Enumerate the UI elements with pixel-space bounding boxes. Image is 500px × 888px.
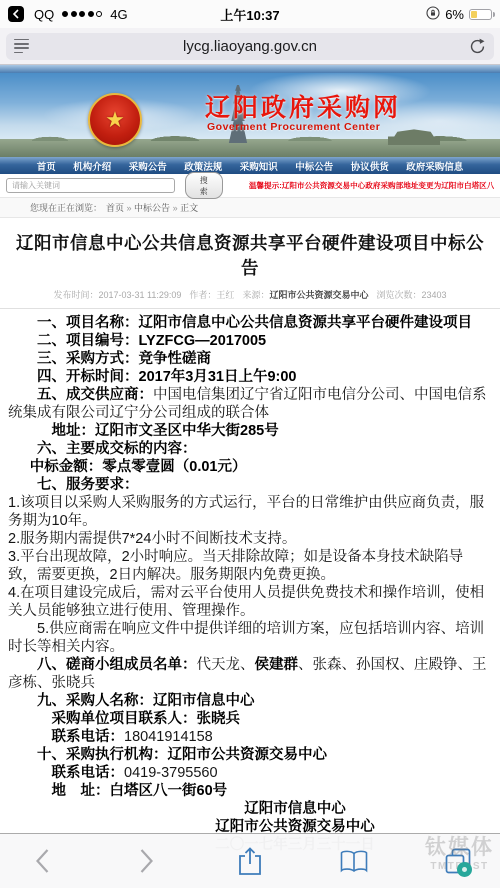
meta-item: 浏览次数：23403 — [376, 290, 446, 300]
breadcrumb-link[interactable]: 正文 — [180, 203, 198, 213]
meta-label: 浏览次数： — [376, 290, 421, 300]
meta-value: 王红 — [216, 290, 234, 300]
breadcrumb-separator: » — [170, 203, 180, 213]
meta-value: 23403 — [421, 290, 446, 300]
text-segment: 九、采购人名称：辽阳市信息中心 — [37, 693, 255, 709]
site-banner: ★ 辽阳政府采购网 Goverment Procurement Center — [0, 65, 500, 157]
meta-label: 作者： — [189, 290, 216, 300]
search-button[interactable]: 搜索 — [185, 172, 223, 199]
article-paragraph: 四、开标时间：2017年3月31日上午9:00 — [8, 368, 492, 386]
article-paragraph: 一、项目名称：辽阳市信息中心公共信息资源共享平台硬件建设项目 — [8, 314, 492, 332]
article-paragraph: 三、采购方式：竞争性磋商 — [8, 350, 492, 368]
tabs-icon[interactable] — [436, 839, 480, 883]
refresh-icon[interactable] — [469, 38, 486, 55]
status-right: 6% — [426, 6, 492, 23]
article-paragraph: 十、采购执行机构：辽阳市公共资源交易中心 — [8, 746, 492, 764]
back-button[interactable] — [20, 839, 64, 883]
article-paragraph: 辽阳市信息中心 — [8, 800, 492, 818]
meta-item: 来源：辽阳市公共资源交易中心 — [242, 290, 368, 300]
battery-icon — [469, 9, 492, 20]
meta-item: 作者：王红 — [189, 290, 234, 300]
breadcrumb-prefix: 您现在正在浏览： — [30, 201, 102, 214]
nav-item[interactable]: 政府采购信息 — [406, 159, 463, 173]
nav-item[interactable]: 政策法规 — [184, 159, 222, 173]
forward-button[interactable] — [124, 839, 168, 883]
text-segment: 五、成交供应商： — [37, 387, 153, 403]
main-nav: 首页机构介绍采购公告政策法规采购知识中标公告协议供货政府采购信息 — [0, 157, 500, 174]
clock: 上午10:37 — [0, 5, 500, 24]
text-segment: 18041914158 — [124, 729, 213, 745]
article-paragraph: 1.该项目以采购人采购服务的方式运行，平台的日常维护由供应商负责，服务期为10年… — [8, 494, 492, 530]
breadcrumb-link[interactable]: 首页 — [106, 203, 124, 213]
gate-silhouette — [388, 128, 440, 145]
meta-item: 发布时间：2017-03-31 11:29:09 — [53, 290, 181, 300]
divider — [0, 308, 500, 309]
banner-top-strip — [0, 65, 500, 73]
nav-item[interactable]: 采购公告 — [129, 159, 167, 173]
text-segment: 联系电话： — [52, 729, 125, 745]
article-paragraph: 联系电话：0419-3795560 — [8, 764, 492, 782]
text-segment: 六、主要成交标的内容： — [37, 441, 197, 457]
text-segment: 中标金额：零点零壹圆（0.01元） — [30, 459, 247, 475]
nav-item[interactable]: 采购知识 — [240, 159, 278, 173]
text-segment: 七、服务要求： — [37, 477, 139, 493]
article: 辽阳市信息中心公共信息资源共享平台硬件建设项目中标公告 发布时间：2017-03… — [0, 230, 500, 854]
browser-screen: QQ 4G 上午10:37 6% lycg.liaoyang.gov.cn — [0, 0, 500, 888]
text-segment: 三、采购方式：竞争性磋商 — [37, 351, 211, 367]
site-title: 辽阳政府采购网 — [205, 88, 401, 124]
meta-label: 发布时间： — [53, 290, 98, 300]
notice-text: 温馨提示:辽阳市公共资源交易中心政府采购部地址变更为辽阳市白塔区八一街60号，特… — [249, 180, 494, 191]
article-paragraph: 中标金额：零点零壹圆（0.01元） — [8, 458, 492, 476]
meta-label: 来源： — [242, 290, 269, 300]
article-paragraph: 2.服务期内需提供7*24小时不间断技术支持。 — [8, 530, 492, 548]
text-segment: 辽阳市信息中心 — [244, 801, 346, 817]
text-segment: 联系电话： — [52, 765, 125, 781]
article-paragraph: 地址：辽阳市文圣区中华大街285号 — [8, 422, 492, 440]
text-segment: 二、项目编号：LYZFCG—2017005 — [37, 333, 266, 349]
text-segment: 侯建群 — [255, 657, 299, 673]
national-emblem-logo: ★ — [88, 93, 142, 147]
browser-toolbar — [0, 833, 500, 888]
meta-value: 辽阳市公共资源交易中心 — [269, 290, 368, 300]
article-paragraph: 五、成交供应商：中国电信集团辽宁省辽阳市电信分公司、中国电信系统集成有限公司辽宁… — [8, 386, 492, 422]
text-segment: 地址：辽阳市文圣区中华大街285号 — [52, 423, 279, 439]
article-paragraph: 采购单位项目联系人：张晓兵 — [8, 710, 492, 728]
breadcrumb: 您现在正在浏览： 首页 » 中标公告 » 正文 — [0, 197, 500, 218]
article-paragraph: 二、项目编号：LYZFCG—2017005 — [8, 332, 492, 350]
reader-view-icon[interactable] — [14, 39, 29, 54]
nav-item[interactable]: 机构介绍 — [73, 159, 111, 173]
share-icon[interactable] — [228, 839, 272, 883]
banner-image: ★ 辽阳政府采购网 Goverment Procurement Center — [0, 73, 500, 157]
site-subtitle: Goverment Procurement Center — [207, 121, 380, 133]
nav-item[interactable]: 中标公告 — [295, 159, 333, 173]
text-segment: 十、采购执行机构：辽阳市公共资源交易中心 — [37, 747, 327, 763]
article-paragraph: 5.供应商需在响应文件中提供详细的培训方案，应包括培训内容、培训时长等相关内容。 — [8, 620, 492, 656]
search-input[interactable] — [6, 178, 175, 193]
article-meta: 发布时间：2017-03-31 11:29:09作者：王红来源：辽阳市公共资源交… — [8, 288, 492, 301]
text-segment: 1.该项目以采购人采购服务的方式运行，平台的日常维护由供应商负责，服务期为10年… — [8, 495, 484, 529]
text-segment: 代天龙、 — [197, 657, 255, 673]
battery-percent: 6% — [445, 7, 464, 22]
meta-value: 2017-03-31 11:29:09 — [99, 290, 182, 300]
article-paragraph: 联系电话：18041914158 — [8, 728, 492, 746]
text-segment: 八、磋商小组成员名单： — [37, 657, 197, 673]
article-body: 一、项目名称：辽阳市信息中心公共信息资源共享平台硬件建设项目二、项目编号：LYZ… — [8, 314, 492, 854]
emblem-star-icon: ★ — [105, 109, 125, 131]
address-field[interactable]: lycg.liaoyang.gov.cn — [6, 33, 494, 60]
nav-item[interactable]: 协议供货 — [351, 159, 389, 173]
article-paragraph: 七、服务要求： — [8, 476, 492, 494]
article-paragraph: 地 址：白塔区八一街60号 — [8, 782, 492, 800]
url-bar: lycg.liaoyang.gov.cn — [0, 28, 500, 65]
status-bar: QQ 4G 上午10:37 6% — [0, 0, 500, 28]
text-segment: 四、开标时间：2017年3月31日上午9:00 — [37, 369, 296, 385]
text-segment: 地 址：白塔区八一街60号 — [52, 783, 228, 799]
article-paragraph: 九、采购人名称：辽阳市信息中心 — [8, 692, 492, 710]
text-segment: 4.在项目建设完成后，需对云平台使用人员提供免费技术和操作培训，使相关人员能够独… — [8, 585, 484, 619]
url-text[interactable]: lycg.liaoyang.gov.cn — [6, 38, 494, 55]
text-segment: 采购单位项目联系人：张晓兵 — [52, 711, 241, 727]
article-paragraph: 八、磋商小组成员名单：代天龙、侯建群、张森、孙国权、庄殿铮、王彦栋、张晓兵 — [8, 656, 492, 692]
text-segment: 0419-3795560 — [124, 765, 218, 781]
text-segment: 5.供应商需在响应文件中提供详细的培训方案，应包括培训内容、培训时长等相关内容。 — [8, 621, 484, 655]
nav-item[interactable]: 首页 — [37, 159, 56, 173]
text-segment: 一、项目名称：辽阳市信息中心公共信息资源共享平台硬件建设项目 — [37, 315, 472, 331]
bookmarks-icon[interactable] — [332, 839, 376, 883]
breadcrumb-items: 首页 » 中标公告 » 正文 — [106, 201, 198, 214]
breadcrumb-link[interactable]: 中标公告 — [134, 203, 170, 213]
orientation-lock-icon — [426, 6, 440, 23]
article-paragraph: 4.在项目建设完成后，需对云平台使用人员提供免费技术和操作培训，使相关人员能够独… — [8, 584, 492, 620]
article-paragraph: 3.平台出现故障，2小时响应。当天排除故障；如是设备本身技术缺陷导致，需要更换，… — [8, 548, 492, 584]
article-title: 辽阳市信息中心公共信息资源共享平台硬件建设项目中标公告 — [8, 230, 492, 280]
text-segment: 2.服务期内需提供7*24小时不间断技术支持。 — [8, 531, 296, 547]
text-segment: 3.平台出现故障，2小时响应。当天排除故障；如是设备本身技术缺陷导致，需要更换，… — [8, 549, 463, 583]
breadcrumb-separator: » — [124, 203, 134, 213]
article-paragraph: 六、主要成交标的内容： — [8, 440, 492, 458]
search-row: 搜索 温馨提示:辽阳市公共资源交易中心政府采购部地址变更为辽阳市白塔区八一街60… — [0, 174, 500, 197]
